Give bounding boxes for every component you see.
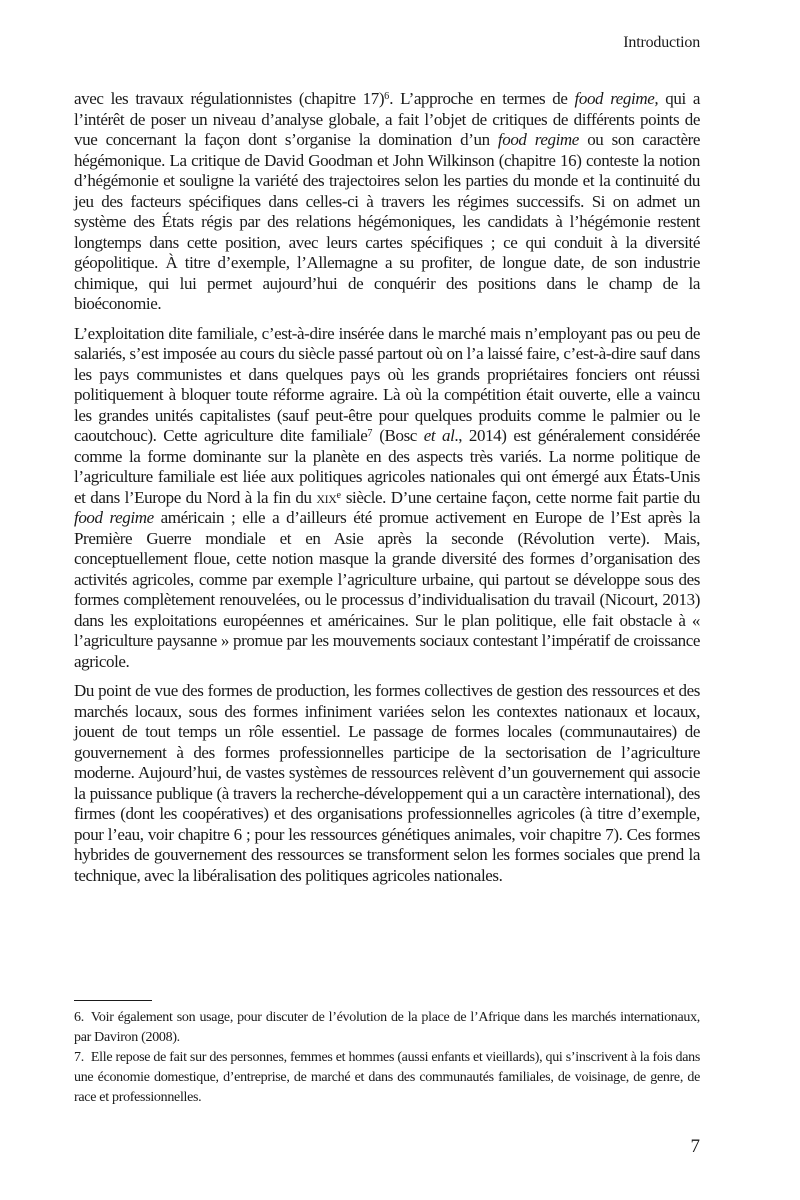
text-segment: food regime	[498, 130, 579, 149]
paragraph-3: Du point de vue des formes de production…	[74, 681, 700, 886]
text-segment: siècle. D’une certaine façon, cette norm…	[341, 488, 700, 507]
footnotes-section: 6.Voir également son usage, pour discute…	[74, 1000, 700, 1108]
text-segment: avec les travaux régulationnistes (chapi…	[74, 89, 384, 108]
text-segment: . L’approche en termes de	[389, 89, 574, 108]
book-page: Introduction avec les travaux régulation…	[0, 0, 800, 1200]
text-segment: américain ; elle a d’ailleurs été promue…	[74, 508, 700, 671]
paragraph-1: avec les travaux régulationnistes (chapi…	[74, 89, 700, 315]
footnote-number: 6.	[74, 1010, 84, 1025]
footnote-7: 7.Elle repose de fait sur des personnes,…	[74, 1048, 700, 1108]
text-segment: xix	[316, 488, 336, 507]
footnote-text: Voir également son usage, pour discuter …	[74, 1010, 700, 1045]
footnote-ref: e	[337, 490, 342, 501]
page-number: 7	[691, 1136, 701, 1158]
running-head: Introduction	[623, 34, 700, 52]
footnote-ref: 6	[384, 91, 389, 102]
body-text: avec les travaux régulationnistes (chapi…	[74, 89, 700, 886]
text-segment: Du point de vue des formes de production…	[74, 681, 700, 885]
text-segment: (Bosc	[373, 426, 424, 445]
paragraph-2: L’exploitation dite familiale, c’est-à-d…	[74, 324, 700, 673]
footnote-6: 6.Voir également son usage, pour discute…	[74, 1008, 700, 1048]
footnote-ref: 7	[367, 428, 372, 439]
text-segment: food regime	[74, 508, 154, 527]
footnote-number: 7.	[74, 1050, 84, 1065]
text-segment: food regime,	[575, 89, 659, 108]
footnote-text: Elle repose de fait sur des personnes, f…	[74, 1050, 700, 1105]
text-segment: et al	[424, 426, 455, 445]
text-segment: ou son caractère hégémonique. La critiqu…	[74, 130, 700, 313]
footnote-separator	[74, 1000, 152, 1001]
